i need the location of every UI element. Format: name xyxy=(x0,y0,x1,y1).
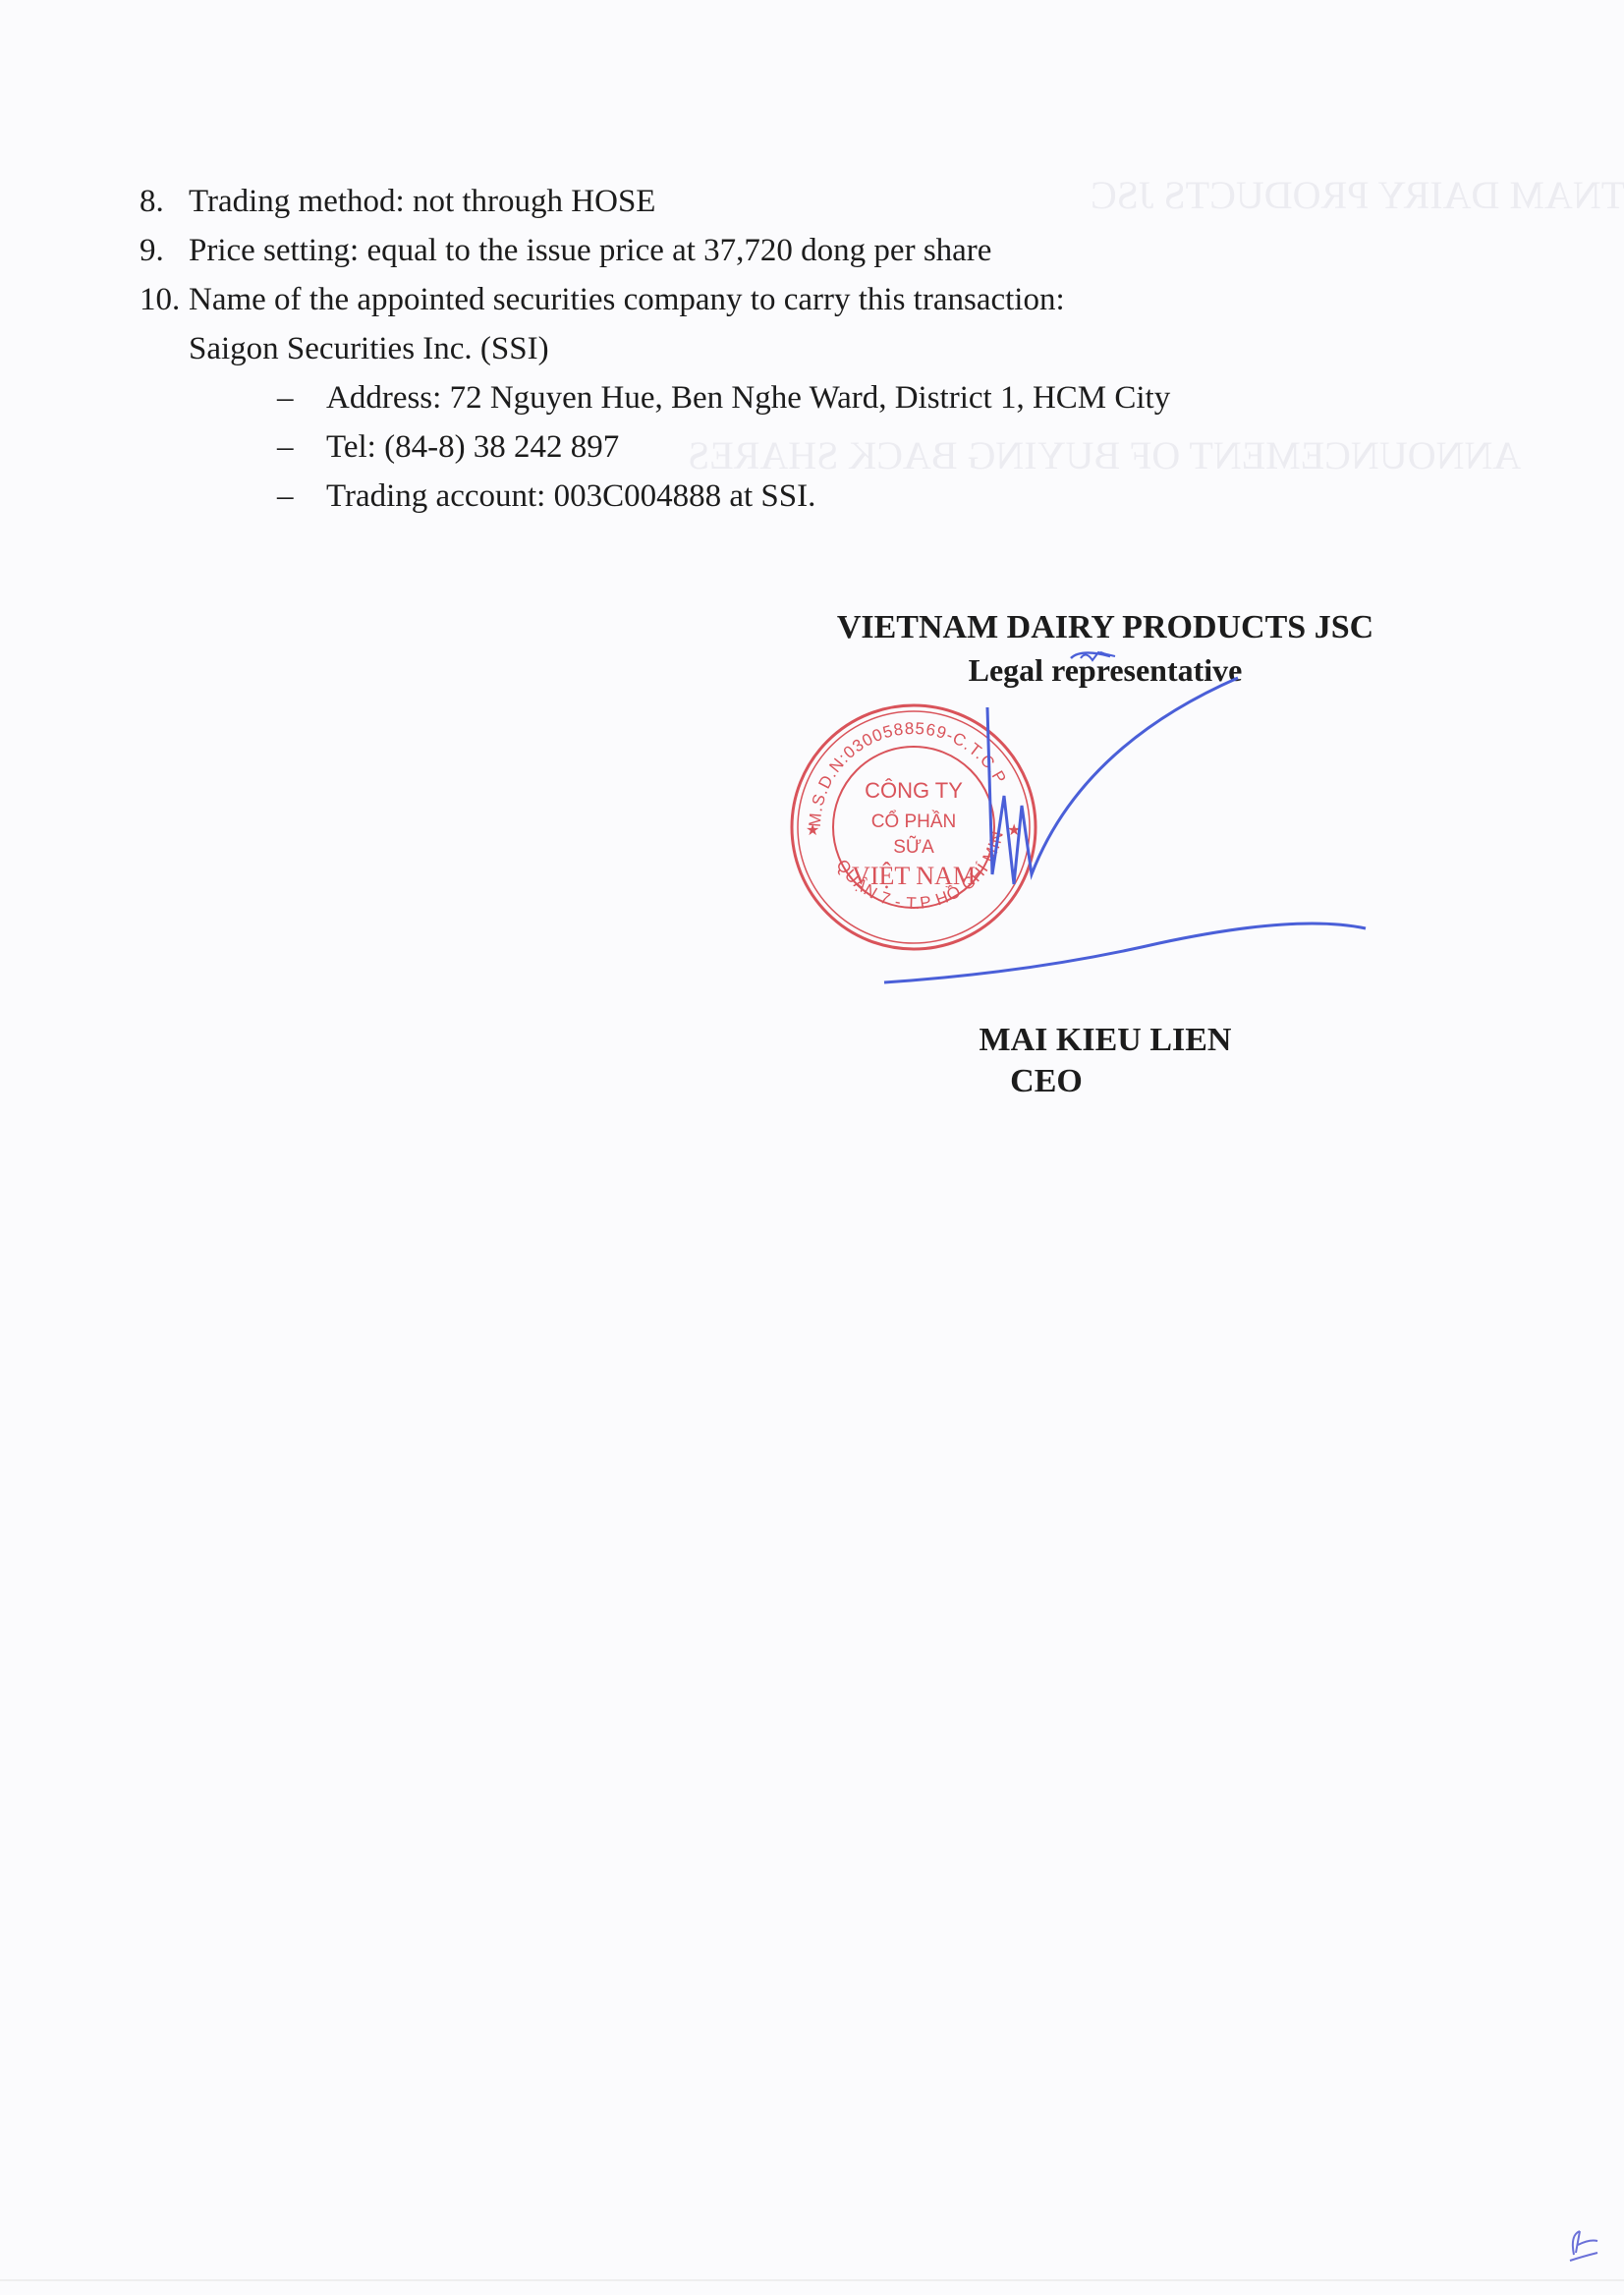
item-number: 9. xyxy=(140,226,189,275)
securities-company-name: Saigon Securities Inc. (SSI) xyxy=(140,324,1170,373)
page-initials-icon xyxy=(1562,2225,1601,2265)
signatory-company: VIETNAM DAIRY PRODUCTS JSC xyxy=(815,609,1395,646)
dash-bullet: – xyxy=(277,472,326,521)
list-item: 8. Trading method: not through HOSE xyxy=(140,177,1170,226)
item-text: Trading method: not through HOSE xyxy=(189,177,655,226)
signatory-title: CEO xyxy=(815,1063,1277,1100)
company-details: – Address: 72 Nguyen Hue, Ben Nghe Ward,… xyxy=(277,373,1170,521)
list-item: 10. Name of the appointed securities com… xyxy=(140,275,1170,324)
bleed-through-header: VIETNAM DAIRY PRODUCTS JSC xyxy=(1091,172,1624,218)
item-number: 10. xyxy=(140,275,189,324)
item-text: Price setting: equal to the issue price … xyxy=(189,226,991,275)
detail-trading-account: – Trading account: 003C004888 at SSI. xyxy=(277,472,1170,521)
numbered-list: 8. Trading method: not through HOSE 9. P… xyxy=(140,177,1170,521)
detail-text: Tel: (84-8) 38 242 897 xyxy=(326,422,619,472)
list-item: 9. Price setting: equal to the issue pri… xyxy=(140,226,1170,275)
dash-bullet: – xyxy=(277,422,326,472)
signatory-name: MAI KIEU LIEN xyxy=(815,1022,1395,1059)
handwritten-signature-icon xyxy=(786,648,1493,1002)
detail-text: Address: 72 Nguyen Hue, Ben Nghe Ward, D… xyxy=(326,373,1170,422)
detail-text: Trading account: 003C004888 at SSI. xyxy=(326,472,815,521)
item-number: 8. xyxy=(140,177,189,226)
dash-bullet: – xyxy=(277,373,326,422)
detail-tel: – Tel: (84-8) 38 242 897 xyxy=(277,422,1170,472)
detail-address: – Address: 72 Nguyen Hue, Ben Nghe Ward,… xyxy=(277,373,1170,422)
item-text: Name of the appointed securities company… xyxy=(189,275,1065,324)
page-edge-divider xyxy=(0,2279,1624,2281)
